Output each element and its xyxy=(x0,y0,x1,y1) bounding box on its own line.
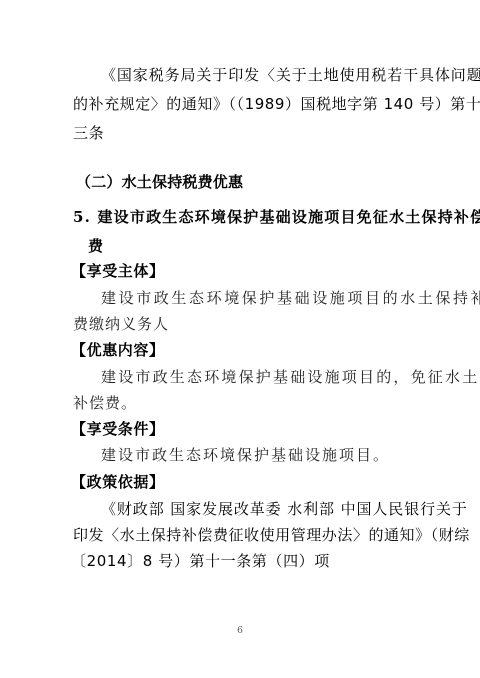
beneficiary-line-2: 费缴纳义务人 xyxy=(73,315,169,333)
section-heading: （二）水土保持税费优惠 xyxy=(76,173,243,191)
policy-basis-line-3: 〔2014〕8 号）第十一条第（四）项 xyxy=(71,552,330,570)
beneficiary-line-1: 建设市政生态环境保护基础设施项目的水土保持补偿 xyxy=(101,289,480,307)
policy-basis-line-1: 《财政部 国家发展改革委 水利部 中国人民银行关于 xyxy=(101,500,468,518)
benefit-content-line-1: 建设市政生态环境保护基础设施项目的，免征水土保持 xyxy=(101,368,480,386)
reference-line-3: 三条 xyxy=(73,124,104,142)
policy-basis-line-2: 印发〈水土保持补偿费征收使用管理办法〉的通知》（财综 xyxy=(73,526,470,544)
item-title-line-2: 费 xyxy=(88,237,106,255)
label-beneficiary: 【享受主体】 xyxy=(71,262,165,280)
item-title-line-1: 5. 建设市政生态环境保护基础设施项目免征水土保持补偿 xyxy=(73,208,480,226)
page-number: 6 xyxy=(0,626,480,636)
benefit-content-line-2: 补偿费。 xyxy=(73,394,137,412)
document-page: 《国家税务局关于印发〈关于土地使用税若干具体问题 的补充规定〉的通知》（（198… xyxy=(0,0,480,678)
label-policy-basis: 【政策依据】 xyxy=(71,473,165,491)
label-benefit-content: 【优惠内容】 xyxy=(71,341,165,359)
reference-line-2: 的补充规定〉的通知》（（1989）国税地字第 140 号）第十 xyxy=(73,95,480,113)
reference-line-1: 《国家税务局关于印发〈关于土地使用税若干具体问题 xyxy=(101,66,480,84)
label-conditions: 【享受条件】 xyxy=(71,420,165,438)
conditions-line-1: 建设市政生态环境保护基础设施项目。 xyxy=(101,446,390,464)
